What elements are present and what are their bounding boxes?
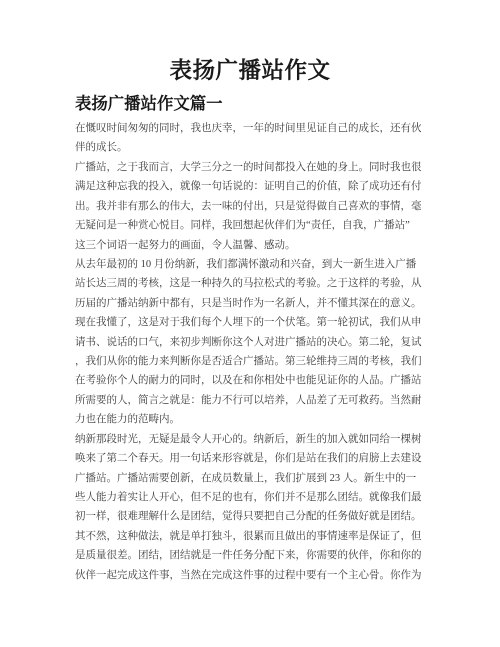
text-line: 无疑问是一种赏心悦目。同样，我回想起伙伴们为“责任，自我，广播站” [75, 216, 424, 235]
paragraph: 纳新那段时光，无疑是最令人开心的。纳新后，新生的加入就如同给一棵树唤来了第二个春… [75, 430, 424, 585]
text-line: 满足这种忘我的投入，就像一句话说的：证明自己的价值，除了成功还有付 [75, 177, 424, 196]
paragraph: 在慨叹时间匆匆的同时，我也庆幸，一年的时间里见证自己的成长，还有伙伴的成长。 [75, 119, 424, 158]
document-page: 表扬广播站作文 表扬广播站作文篇一 在慨叹时间匆匆的同时，我也庆幸，一年的时间里… [0, 0, 500, 647]
text-line: 伴的成长。 [75, 138, 424, 157]
text-line: 力也在能力的范畴内。 [75, 410, 424, 429]
text-line: 唤来了第二个春天。用一句话来形容就是，你们是站在我们的肩膀上去建设 [75, 449, 424, 468]
text-line: 广播站，之于我而言，大学三分之一的时间都投入在她的身上。同时我也很 [75, 158, 424, 177]
text-line: 伙伴一起完成这件事，当然在完成这件事的过程中要有一个主心骨。你作为 [75, 566, 424, 585]
text-line: 所需要的人，简言之就是：能力不行可以培养，人品差了无可救药。当然耐 [75, 391, 424, 410]
paragraph: 从去年最初的 10 月份纳新，我们都满怀激动和兴奋，到大一新生进入广播站长达三周… [75, 255, 424, 430]
text-line: 广播站。广播站需要创新，在成员数量上，我们扩展到 23 人。新生中的一 [75, 469, 424, 488]
text-line: 现在我懂了，这是对于我们每个人埋下的一个伏笔。第一轮初试，我们从申 [75, 313, 424, 332]
text-line: 出。我并非有那么的伟大，去一味的付出，只是觉得做自己喜欢的事情，毫 [75, 197, 424, 216]
text-line: 历届的广播站纳新中都有，只是当时作为一名新人，并不懂其深在的意义。 [75, 294, 424, 313]
text-line: 初一样，很难理解什么是团结，觉得只要把自己分配的任务做好就是团结。 [75, 507, 424, 526]
text-line: 是质量很差。团结，团结就是一件任务分配下来，你需要的伙伴，你和你的 [75, 546, 424, 565]
text-line: 站长达三周的考核，这是一种持久的马拉松式的考验。之于这样的考验，从 [75, 274, 424, 293]
text-line: 在慨叹时间匆匆的同时，我也庆幸，一年的时间里见证自己的成长，还有伙 [75, 119, 424, 138]
text-line: 纳新那段时光，无疑是最令人开心的。纳新后，新生的加入就如同给一棵树 [75, 430, 424, 449]
text-line: ，我们从你的能力来判断你是否适合广播站。第三轮维持三周的考核，我们 [75, 352, 424, 371]
page-title: 表扬广播站作文 [0, 57, 500, 84]
text-line: 从去年最初的 10 月份纳新，我们都满怀激动和兴奋，到大一新生进入广播 [75, 255, 424, 274]
text-line: 在考验你个人的耐力的同时，以及在和你相处中也能见证你的人品。广播站 [75, 371, 424, 390]
text-line: 这三个词语一起努力的画面，令人温馨、感动。 [75, 236, 424, 255]
text-line: 些人能力着实让人开心，但不足的也有，你们并不是那么团结。就像我们最 [75, 488, 424, 507]
text-line: 请书、说话的口气，来初步判断你这个人对进广播站的决心。第二轮，复试 [75, 333, 424, 352]
text-line: 其不然，这种做法，就是单打独斗，很累而且做出的事情速率是保证了，但 [75, 527, 424, 546]
section-heading: 表扬广播站作文篇一 [75, 93, 223, 115]
essay-body: 在慨叹时间匆匆的同时，我也庆幸，一年的时间里见证自己的成长，还有伙伴的成长。广播… [75, 119, 424, 585]
paragraph: 广播站，之于我而言，大学三分之一的时间都投入在她的身上。同时我也很满足这种忘我的… [75, 158, 424, 255]
